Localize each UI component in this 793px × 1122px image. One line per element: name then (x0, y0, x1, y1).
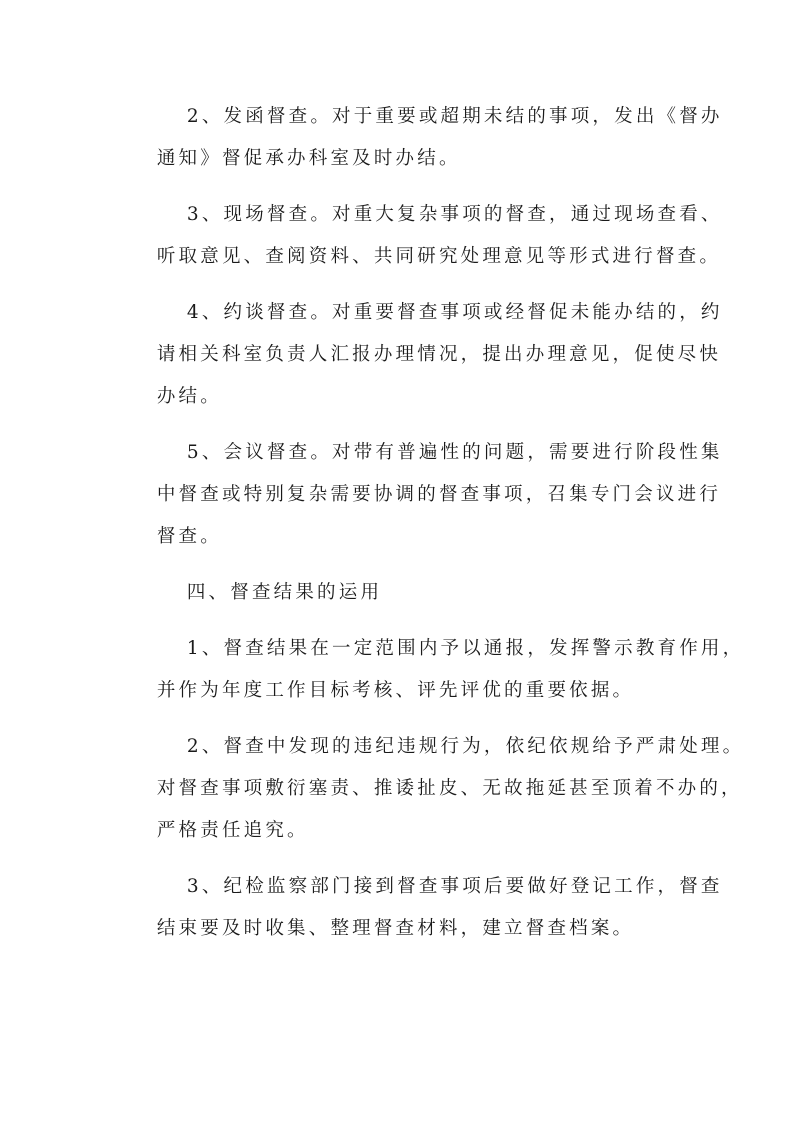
section-heading-results-application: 四、督查结果的运用 (118, 572, 678, 614)
text-line: 2、督查中发现的违纪违规行为，依纪依规给予严肃处理。 (118, 726, 678, 768)
text-line: 督查。 (118, 516, 678, 558)
text-line: 对督查事项敷衍塞责、推诿扯皮、无故拖延甚至顶着不办的， (118, 768, 678, 810)
document-page: 2、发函督查。对于重要或超期未结的事项，发出《督办 通知》督促承办科室及时办结。… (0, 0, 793, 1122)
paragraph-violations-handling: 2、督查中发现的违纪违规行为，依纪依规给予严肃处理。 对督查事项敷衍塞责、推诿扯… (118, 726, 678, 852)
text-line: 3、现场督查。对重大复杂事项的督查，通过现场查看、 (118, 194, 678, 236)
text-line: 办结。 (118, 376, 678, 418)
paragraph-records-archiving: 3、纪检监察部门接到督查事项后要做好登记工作，督查 结束要及时收集、整理督查材料… (118, 866, 678, 950)
text-line: 严格责任追究。 (118, 810, 678, 852)
text-line: 5、会议督查。对带有普遍性的问题，需要进行阶段性集 (118, 432, 678, 474)
paragraph-meeting-supervision: 5、会议督查。对带有普遍性的问题，需要进行阶段性集 中督查或特别复杂需要协调的督… (118, 432, 678, 558)
text-line: 请相关科室负责人汇报办理情况，提出办理意见，促使尽快 (118, 334, 678, 376)
text-line: 通知》督促承办科室及时办结。 (118, 138, 678, 180)
section-heading: 四、督查结果的运用 (118, 572, 678, 614)
paragraph-onsite-supervision: 3、现场督查。对重大复杂事项的督查，通过现场查看、 听取意见、查阅资料、共同研究… (118, 194, 678, 278)
paragraph-interview-supervision: 4、约谈督查。对重要督查事项或经督促未能办结的，约 请相关科室负责人汇报办理情况… (118, 292, 678, 418)
text-line: 2、发函督查。对于重要或超期未结的事项，发出《督办 (118, 96, 678, 138)
text-line: 并作为年度工作目标考核、评先评优的重要依据。 (118, 670, 678, 712)
text-line: 4、约谈督查。对重要督查事项或经督促未能办结的，约 (118, 292, 678, 334)
text-line: 1、督查结果在一定范围内予以通报，发挥警示教育作用， (118, 628, 678, 670)
text-line: 3、纪检监察部门接到督查事项后要做好登记工作，督查 (118, 866, 678, 908)
paragraph-supervision-letter: 2、发函督查。对于重要或超期未结的事项，发出《督办 通知》督促承办科室及时办结。 (118, 96, 678, 180)
text-line: 中督查或特别复杂需要协调的督查事项，召集专门会议进行 (118, 474, 678, 516)
paragraph-results-notification: 1、督查结果在一定范围内予以通报，发挥警示教育作用， 并作为年度工作目标考核、评… (118, 628, 678, 712)
text-line: 结束要及时收集、整理督查材料，建立督查档案。 (118, 908, 678, 950)
document-body: 2、发函督查。对于重要或超期未结的事项，发出《督办 通知》督促承办科室及时办结。… (118, 96, 678, 964)
text-line: 听取意见、查阅资料、共同研究处理意见等形式进行督查。 (118, 236, 678, 278)
